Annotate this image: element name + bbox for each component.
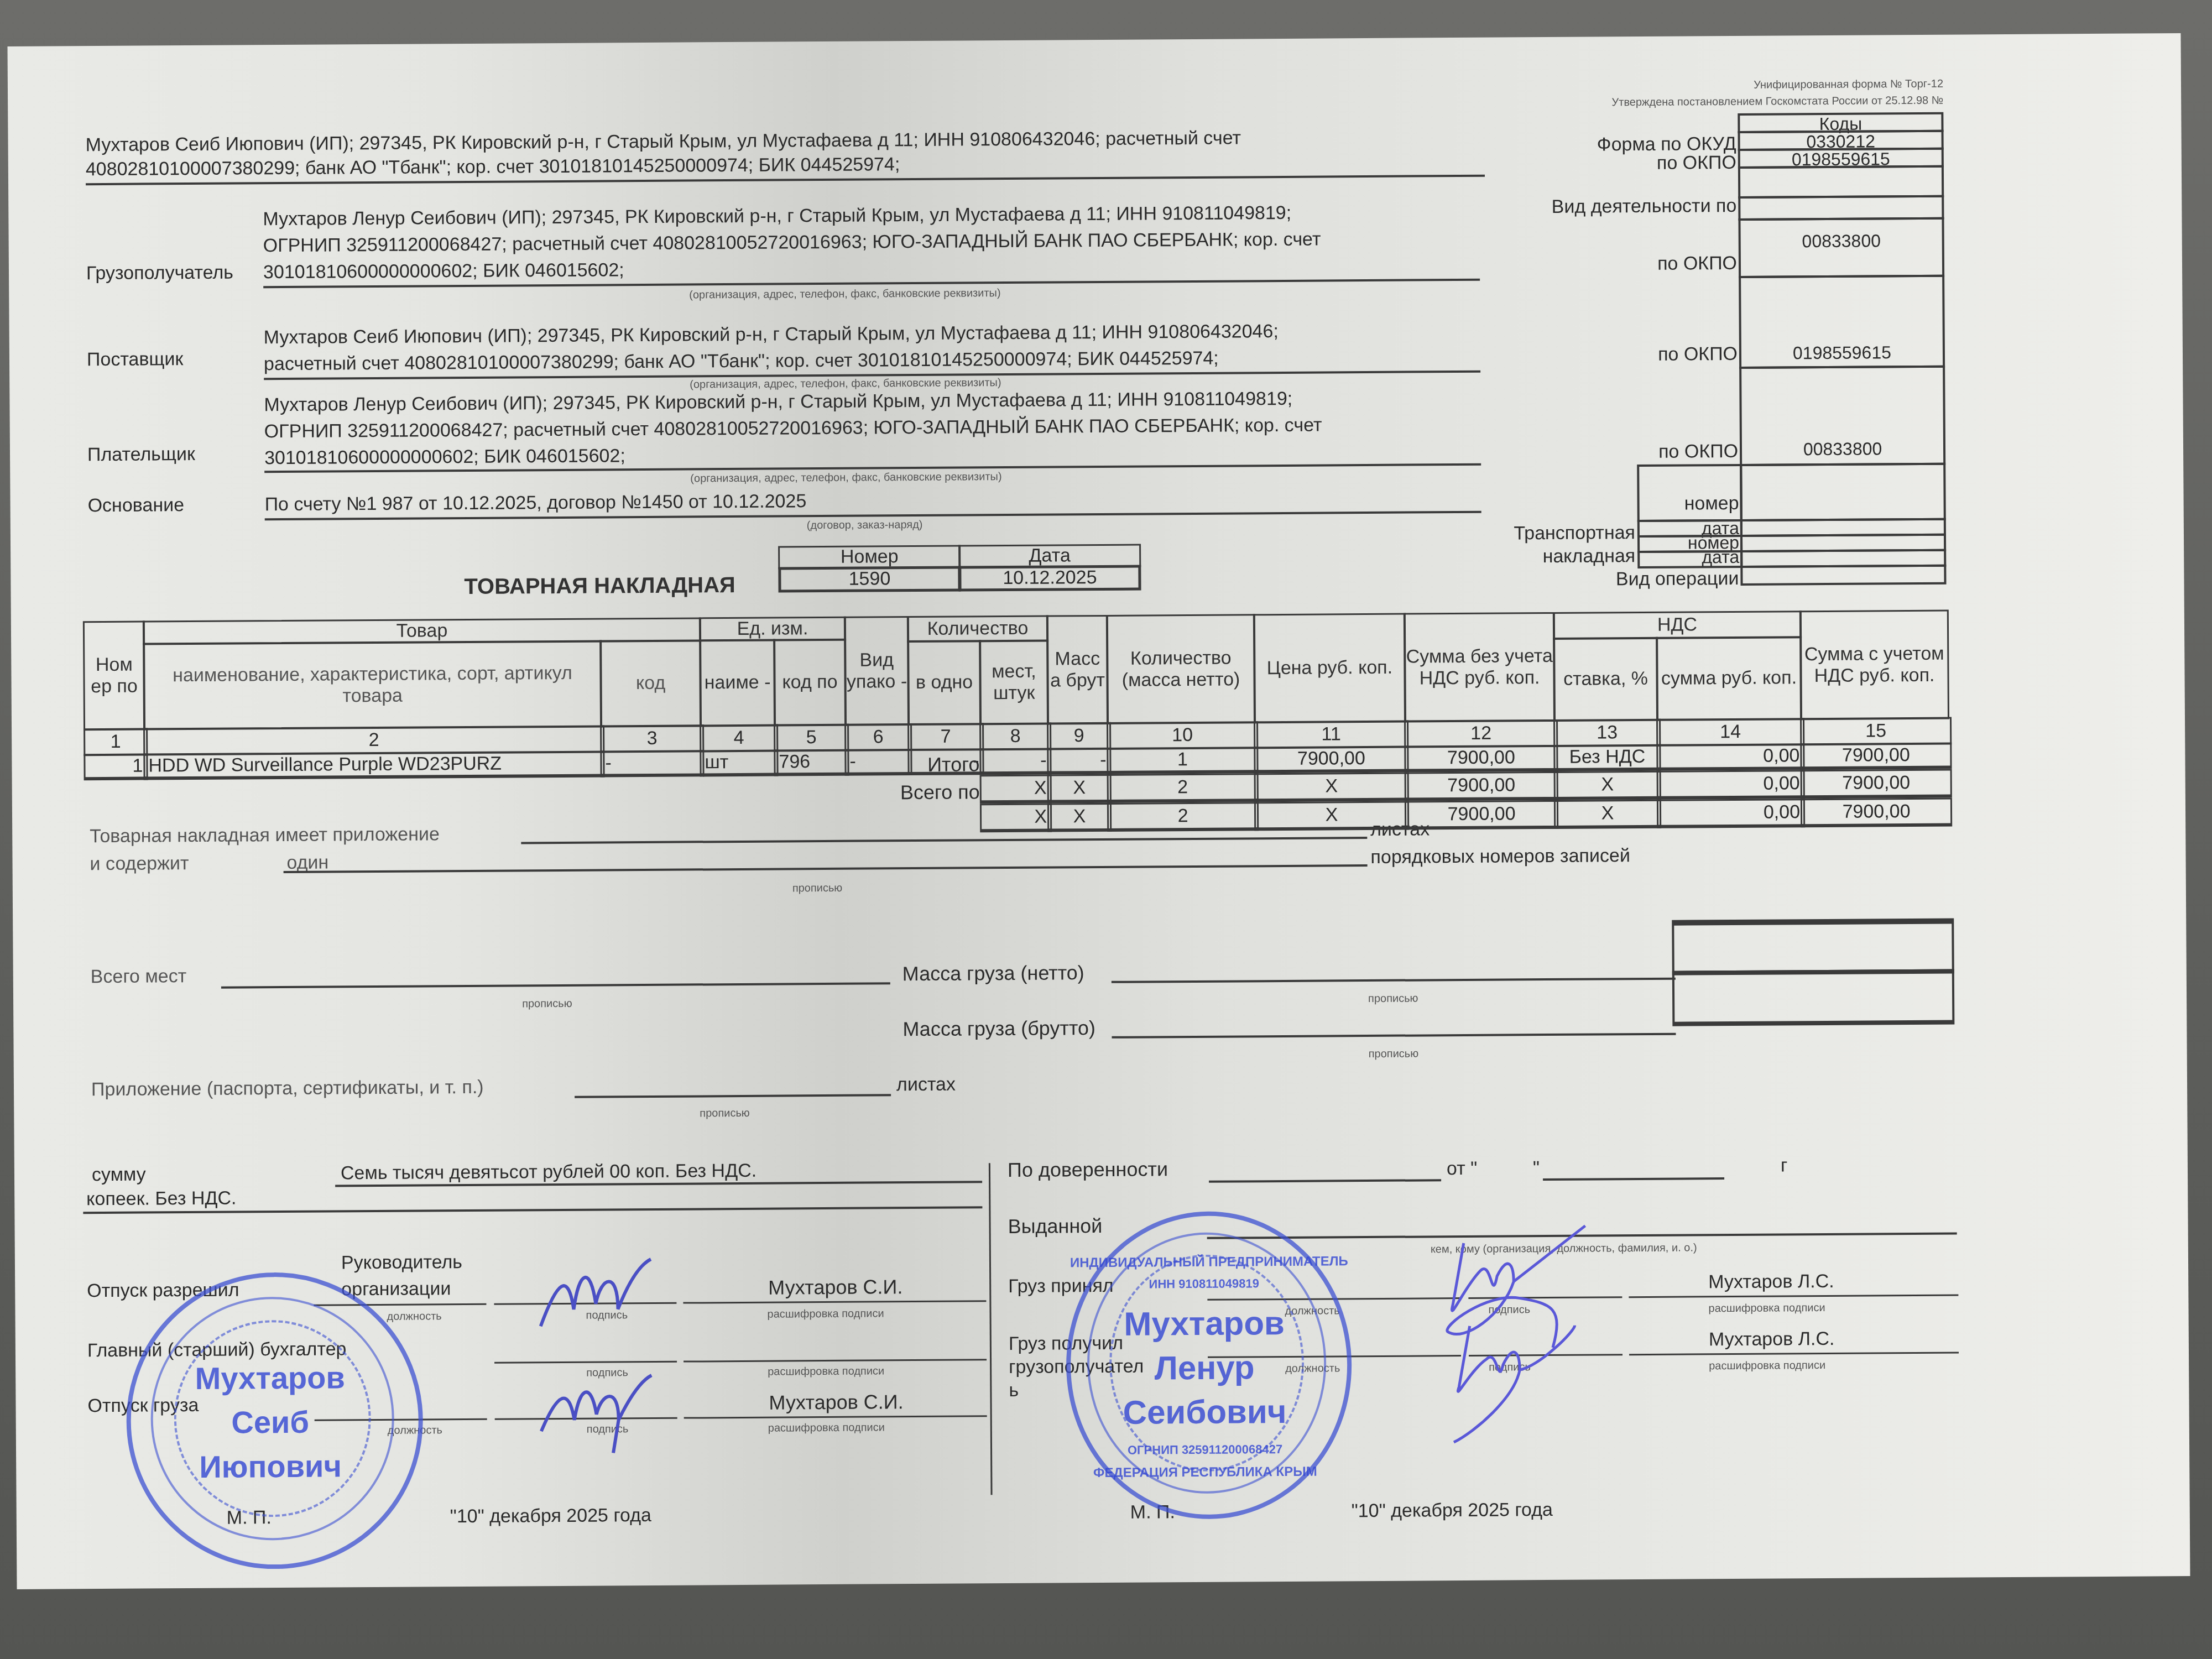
total-gross-mass: X: [1047, 774, 1112, 804]
table-cell-vat-rate: Без НДС: [1553, 744, 1661, 771]
supplier-line-2: расчетный счет 40802810100007380299; бан…: [264, 348, 1219, 375]
column-number: 3: [600, 724, 704, 753]
signature-head: [535, 1248, 679, 1338]
supplier-line-1: Мухтаров Сеиб Июпович (ИП); 297345, РК К…: [264, 321, 1279, 348]
section-divider: [989, 1163, 993, 1495]
table-cell-code: -: [600, 750, 704, 777]
column-number: 9: [1047, 722, 1111, 750]
table-cell-price: 7900,00: [1254, 746, 1408, 774]
table-cell-sum-with-vat: 7900,00: [1800, 743, 1952, 770]
signature-received: [1431, 1319, 1631, 1453]
mass-gross-box[interactable]: [1672, 969, 1955, 1026]
stamp-sender-line-3: Июпович: [131, 1448, 410, 1485]
okpo-value-supplier: 0198559615: [1741, 342, 1943, 364]
poa-date-line[interactable]: [1543, 1177, 1724, 1181]
consignee-label: Грузополучатель: [86, 262, 233, 285]
mass-net-line[interactable]: [1112, 978, 1676, 983]
mass-net-box[interactable]: [1672, 919, 1954, 975]
total-vat-sum: 0,00: [1657, 770, 1805, 800]
appendix-in-words: прописью: [792, 882, 843, 895]
consignee-hint: (организация, адрес, телефон, факс, банк…: [689, 287, 1000, 301]
stamp-consignee-line-1: Мухтаров: [1070, 1303, 1338, 1343]
supplier-label: Поставщик: [87, 348, 184, 371]
grand-total-sum-with-vat: 7900,00: [1801, 798, 1952, 828]
okpo-value-consignee: 00833800: [1741, 231, 1942, 252]
accountant-decoding-hint: расшифровка подписи: [768, 1365, 884, 1378]
okpo-cell-blank: [1738, 165, 1944, 199]
sum-label: сумму: [92, 1164, 146, 1186]
head-title-1: Руководитель: [341, 1251, 462, 1274]
stamp-consignee-ring-bottom: ФЕДЕРАЦИЯ РЕСПУБЛИКА КРЫМ: [1071, 1464, 1339, 1481]
th-qty-net: Количество (масса нетто): [1106, 614, 1256, 724]
total-price: X: [1254, 773, 1409, 802]
poa-quote-close: ": [1533, 1157, 1540, 1179]
operation-cell[interactable]: [1740, 565, 1946, 586]
received-decoding-line: [1629, 1352, 1959, 1356]
transport-number-label: номер: [1640, 493, 1739, 515]
th-unit-name: наиме -: [699, 639, 776, 727]
mass-net-hint: прописью: [1368, 992, 1418, 1005]
th-qty-places: мест, штук: [979, 640, 1049, 726]
transport-number-cell[interactable]: [1740, 463, 1946, 521]
stamp-consignee-inn: ИНН 910811049819: [1070, 1276, 1338, 1292]
table-cell-vat-sum: 0,00: [1656, 743, 1804, 771]
accepted-decoding-line: [1629, 1295, 1958, 1298]
payer-line-3: 30101810600000000602; БИК 046015602;: [264, 445, 625, 469]
transport-number-label-cell: номер: [1637, 464, 1743, 522]
okpo-cell-consignee: 00833800: [1738, 217, 1944, 278]
power-of-attorney-line[interactable]: [1209, 1179, 1441, 1183]
stamp-consignee-line-2: Ленур: [1071, 1348, 1338, 1387]
stamp-sender-line-2: Сеиб: [131, 1404, 410, 1441]
th-sum-no-vat: Сумма без учета НДС руб. коп.: [1404, 612, 1556, 723]
head-title-2: организации: [341, 1278, 451, 1300]
total-qty-places: X: [980, 775, 1052, 804]
received-decoding-hint: расшифровка подписи: [1709, 1359, 1825, 1373]
th-unit-code: код по: [773, 639, 847, 727]
payer-label: Плательщик: [87, 444, 195, 466]
doc-number: 1590: [778, 566, 961, 593]
payer-line-1: Мухтаров Ленур Сеибович (ИП); 297345, РК…: [264, 388, 1292, 416]
released-decoding-line: [684, 1415, 987, 1418]
cargo-received-label-3: ь: [1009, 1380, 1019, 1401]
release-date: "10" декабря 2025 года: [450, 1505, 651, 1527]
okpo-cell-supplier: 0198559615: [1739, 275, 1945, 369]
accepted-decoding-hint: расшифровка подписи: [1708, 1302, 1825, 1315]
cargo-accepted-name: Мухтаров Л.С.: [1708, 1271, 1834, 1293]
stamp-sender: Мухтаров Сеиб Июпович: [126, 1271, 424, 1569]
kopeks-label: копеек. Без НДС.: [86, 1188, 236, 1211]
okpo-cell-payer: 00833800: [1739, 366, 1945, 466]
table-cell-name: HDD WD Surveillance Purple WD23PURZ: [143, 750, 604, 780]
column-number: 10: [1107, 721, 1258, 750]
appendix-label: Товарная накладная имеет приложение: [90, 823, 440, 847]
th-num: Ном ер по: [83, 621, 145, 731]
th-goods-name: наименование, характеристика, сорт, арти…: [143, 640, 602, 730]
consignee-line-3: 30101810600000000602; БИК 046015602;: [263, 259, 624, 283]
attachments-line[interactable]: [575, 1094, 891, 1098]
appendix-sheets-line[interactable]: [521, 837, 1367, 844]
total-places-line[interactable]: [221, 982, 890, 988]
basis-hint: (договор, заказ-наряд): [807, 519, 923, 532]
okpo-value-payer: 00833800: [1742, 439, 1943, 460]
column-numbers-row: [8, 33, 2181, 46]
head-name: Мухтаров С.И.: [768, 1275, 902, 1299]
table-cell-qty-places: -: [979, 748, 1051, 775]
column-number: 1: [84, 728, 148, 757]
poa-year: г: [1781, 1155, 1788, 1176]
payer-hint: (организация, адрес, телефон, факс, банк…: [690, 471, 1001, 485]
consignee-line-1: Мухтаров Ленур Сеибович (ИП); 297345, РК…: [263, 202, 1291, 230]
column-number: 4: [700, 724, 778, 753]
contains-label: и содержит: [90, 853, 189, 875]
invoice-paper: Унифицированная форма № Торг-12 Утвержде…: [8, 33, 2190, 1589]
sum-value: Семь тысяч девятьсот рублей 00 коп. Без …: [341, 1160, 757, 1185]
th-unit: Ед. изм.: [699, 617, 846, 642]
unified-form-note: Унифицированная форма № Торг-12: [1390, 78, 1943, 94]
grand-total-sum-no-vat: 7900,00: [1405, 800, 1558, 830]
grand-total-vat-rate: X: [1554, 800, 1661, 829]
payer-line-2: ОГРНИП 325911200068427; расчетный счет 4…: [264, 415, 1322, 443]
th-price: Цена руб. коп.: [1253, 613, 1406, 724]
mass-gross-label: Масса груза (брутто): [902, 1016, 1095, 1041]
document-title: ТОВАРНАЯ НАКЛАДНАЯ: [464, 573, 735, 599]
head-decoding-hint: расшифровка подписи: [767, 1307, 884, 1321]
sender-line-2: 40802810100007380299; банк АО "Тбанк"; к…: [86, 154, 900, 180]
table-cell-num: 1: [84, 754, 148, 781]
cargo-received-name: Мухтаров Л.С.: [1709, 1328, 1835, 1350]
mass-net-label: Масса груза (нетто): [902, 961, 1084, 985]
column-number: 14: [1656, 718, 1804, 747]
column-number: 15: [1800, 717, 1952, 746]
records-label: порядковых номеров записей: [1370, 845, 1630, 868]
th-quantity: Количество: [907, 615, 1048, 643]
accountant-signature-line[interactable]: [494, 1361, 677, 1364]
total-sum-no-vat: 7900,00: [1405, 771, 1558, 801]
th-vat: НДС: [1553, 611, 1802, 640]
okpo-label-payer: по ОКПО: [1448, 441, 1738, 464]
column-number: 6: [844, 723, 912, 752]
column-number: 8: [979, 723, 1051, 751]
activity-cell: [1738, 195, 1944, 221]
okpo-label-supplier: по ОКПО: [1447, 343, 1738, 367]
total-vat-rate: X: [1554, 771, 1661, 800]
okpo-label-sender: по ОКПО: [1446, 152, 1736, 175]
approval-note: Утверждена постановлением Госкомстата Ро…: [1224, 95, 1943, 112]
table-body: [8, 33, 2181, 46]
th-goods-code: код: [599, 639, 702, 727]
th-sum-with-vat: Сумма с учетом НДС руб. коп.: [1799, 610, 1949, 721]
head-position-hint: должность: [387, 1310, 441, 1323]
totals: [8, 33, 2181, 46]
transport-date2-label-cell: дата: [1637, 550, 1743, 568]
column-number: 13: [1553, 719, 1661, 747]
stamp-consignee-ring-top: ИНДИВИДУАЛЬНЫЙ ПРЕДПРИНИМАТЕЛЬ: [1070, 1254, 1338, 1271]
stamp-consignee-line-3: Сеибович: [1071, 1392, 1338, 1432]
supplier-hint: (организация, адрес, телефон, факс, банк…: [690, 377, 1001, 391]
operation-label: Вид операции: [1448, 568, 1739, 591]
grand-total-label: Всего по: [842, 780, 980, 805]
transport-label-1: Транспортная: [1448, 522, 1635, 545]
released-decoding-hint: расшифровка подписи: [768, 1421, 885, 1434]
attachments-sheets: листах: [896, 1074, 956, 1096]
th-pack-type: Вид упако -: [844, 616, 910, 726]
table-cell-pack-type: -: [844, 749, 912, 776]
total-qty-net: 2: [1107, 773, 1259, 803]
attachments-label: Приложение (паспорта, сертификаты, и т. …: [91, 1077, 484, 1100]
th-gross-mass: Масс а брут: [1046, 615, 1109, 725]
stamp-sender-line-1: Мухтаров: [131, 1359, 409, 1397]
column-number: 7: [907, 723, 984, 751]
column-number: 12: [1404, 719, 1558, 748]
table-cell-qty-net: 1: [1107, 747, 1258, 774]
column-number: 5: [774, 724, 849, 752]
table-cell-unit-name: шт: [700, 750, 778, 777]
consignee-line-2: ОГРНИП 325911200068427; расчетный счет 4…: [263, 229, 1321, 257]
grand-total-qty-net: 2: [1107, 802, 1259, 832]
basis-label: Основание: [87, 494, 184, 517]
activity-label: Вид деятельности по: [1446, 195, 1736, 218]
column-number: 11: [1254, 721, 1408, 749]
grand-total-price: X: [1254, 801, 1409, 831]
table-cell-unit-code: 796: [774, 749, 849, 776]
mass-gross-hint: прописью: [1369, 1047, 1419, 1061]
total-places-hint: прописью: [522, 998, 572, 1011]
th-qty-in-one: в одно: [907, 640, 982, 726]
contains-line[interactable]: [284, 864, 1368, 873]
basis-value: По счету №1 987 от 10.12.2025, договор №…: [264, 491, 806, 515]
table-cell-sum-no-vat: 7900,00: [1404, 745, 1558, 773]
transport-label-2: накладная: [1448, 545, 1635, 568]
poa-from: от ": [1447, 1158, 1477, 1180]
cargo-released-name: Мухтаров С.И.: [769, 1390, 903, 1414]
transport-date2-label: дата: [1640, 547, 1739, 568]
th-vat-rate: ставка, %: [1553, 637, 1658, 722]
stamp-consignee: ИНДИВИДУАЛЬНЫЙ ПРЕДПРИНИМАТЕЛЬ ИНН 91081…: [1065, 1211, 1352, 1520]
okpo-label-consignee: по ОКПО: [1447, 253, 1737, 276]
table-cell-qty-in-one: -: [907, 748, 984, 775]
signature-release: [535, 1370, 680, 1459]
head-decoding-line: [683, 1300, 986, 1303]
th-vat-sum: сумма руб. коп.: [1656, 636, 1802, 721]
grand-total-gross-mass: X: [1047, 803, 1112, 832]
total-sum-with-vat: 7900,00: [1801, 769, 1952, 799]
attachments-hint: прописью: [700, 1107, 750, 1120]
accountant-decoding-line: [684, 1359, 987, 1362]
power-of-attorney-label: По доверенности: [1008, 1157, 1168, 1182]
grand-total-qty-places: X: [980, 804, 1052, 833]
table-cell-gross-mass: -: [1047, 748, 1111, 775]
receipt-date: "10" декабря 2025 года: [1352, 1499, 1553, 1522]
mass-gross-line[interactable]: [1112, 1033, 1676, 1039]
stamp-consignee-ogrnip: ОГРНИП 325911200068427: [1071, 1442, 1339, 1458]
doc-date: 10.12.2025: [958, 565, 1141, 592]
issued-label: Выданной: [1008, 1214, 1102, 1238]
grand-total-vat-sum: 0,00: [1657, 799, 1805, 828]
total-places-label: Всего мест: [91, 966, 187, 988]
sender-line-1: Мухтаров Сеиб Июпович (ИП); 297345, РК К…: [85, 127, 1241, 156]
